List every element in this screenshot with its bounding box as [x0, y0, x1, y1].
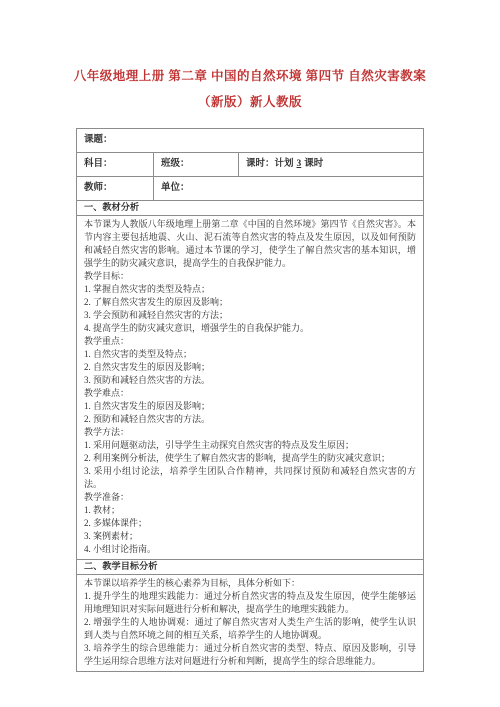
- content-line: 教学重点：: [84, 335, 416, 348]
- content-line: 2. 利用案例分析法，使学生了解自然灾害的影响，提高学生的防灾减灾意识；: [84, 452, 416, 465]
- content-line: 2. 了解自然灾害发生的原因及影响；: [84, 296, 416, 309]
- content-line: 教学准备：: [84, 491, 416, 504]
- content-line: 1. 掌握自然灾害的类型及特点；: [84, 283, 416, 296]
- lesson-plan-page: 八年级地理上册 第二章 中国的自然环境 第四节 自然灾害教案 （新版）新人教版 …: [0, 0, 500, 672]
- period-suffix: 课时: [304, 159, 323, 169]
- subject-class-period-row: 科目： 班级： 课时：计划3课时: [77, 152, 423, 176]
- content-line: 2. 增强学生的人地协调观：通过了解自然灾害对人类生产生活的影响，使学生认识到人…: [84, 616, 416, 642]
- doc-title-line2: （新版）新人教版: [50, 89, 450, 115]
- doc-title: 八年级地理上册 第二章 中国的自然环境 第四节 自然灾害教案 （新版）新人教版: [50, 63, 450, 115]
- content-line: 3. 培养学生的综合思维能力：通过分析自然灾害的类型、特点、原因及影响，引导学生…: [84, 642, 416, 668]
- unit-label: 单位：: [153, 177, 423, 200]
- subject-label: 科目：: [77, 153, 153, 176]
- content-line: 3. 学会预防和减轻自然灾害的方法；: [84, 309, 416, 322]
- section1-header: 一、教材分析: [77, 201, 423, 215]
- content-line: 1. 自然灾害发生的原因及影响；: [84, 400, 416, 413]
- content-line: 3. 预防和减轻自然灾害的方法。: [84, 374, 416, 387]
- section2-body-row: 本节课以培养学生的核心素养为目标，具体分析如下：1. 提升学生的地理实践能力：通…: [77, 574, 423, 671]
- content-line: 本节课以培养学生的核心素养为目标，具体分析如下：: [84, 577, 416, 590]
- section2-header: 二、教学目标分析: [77, 560, 423, 574]
- period-prefix: 课时：计划: [246, 159, 294, 169]
- content-line: 3. 采用小组讨论法，培养学生团队合作精神，共同探讨预防和减轻自然灾害的方法。: [84, 465, 416, 491]
- content-line: 1. 采用问题驱动法，引导学生主动探究自然灾害的特点及发生原因；: [84, 439, 416, 452]
- section1-body: 本节课为人教版八年级地理上册第二章《中国的自然环境》第四节《自然灾害》。本节内容…: [77, 216, 423, 559]
- period-cell: 课时：计划3课时: [238, 153, 423, 176]
- topic-label: 课题：: [77, 129, 423, 152]
- content-line: 4. 小组讨论指南。: [84, 543, 416, 556]
- class-label: 班级：: [153, 153, 238, 176]
- section1-header-row: 一、教材分析: [77, 200, 423, 215]
- section2-header-row: 二、教学目标分析: [77, 559, 423, 574]
- section1-body-row: 本节课为人教版八年级地理上册第二章《中国的自然环境》第四节《自然灾害》。本节内容…: [77, 215, 423, 559]
- teacher-unit-row: 教师： 单位：: [77, 176, 423, 200]
- content-line: 2. 预防和减轻自然灾害的方法。: [84, 413, 416, 426]
- content-line: 本节课为人教版八年级地理上册第二章《中国的自然环境》第四节《自然灾害》。本节内容…: [84, 218, 416, 270]
- content-line: 教学难点：: [84, 387, 416, 400]
- content-line: 3. 案例素材；: [84, 530, 416, 543]
- content-line: 4. 提高学生的防灾减灾意识，增强学生的自我保护能力。: [84, 322, 416, 335]
- topic-row: 课题：: [77, 129, 423, 152]
- content-line: 1. 自然灾害的类型及特点；: [84, 348, 416, 361]
- teacher-label: 教师：: [77, 177, 153, 200]
- lesson-plan-table: 课题： 科目： 班级： 课时：计划3课时 教师： 单位： 一、教材分析 本节课为…: [76, 128, 424, 672]
- content-line: 教学方法：: [84, 426, 416, 439]
- content-line: 1. 教材；: [84, 504, 416, 517]
- content-line: 教学目标：: [84, 270, 416, 283]
- content-line: 2. 自然灾害发生的原因及影响；: [84, 361, 416, 374]
- content-line: 2. 多媒体课件；: [84, 517, 416, 530]
- content-line: 1. 提升学生的地理实践能力：通过分析自然灾害的特点及发生原因，使学生能够运用地…: [84, 590, 416, 616]
- period-value: 3: [297, 159, 302, 169]
- doc-title-line1: 八年级地理上册 第二章 中国的自然环境 第四节 自然灾害教案: [50, 63, 450, 89]
- section2-body: 本节课以培养学生的核心素养为目标，具体分析如下：1. 提升学生的地理实践能力：通…: [77, 575, 423, 671]
